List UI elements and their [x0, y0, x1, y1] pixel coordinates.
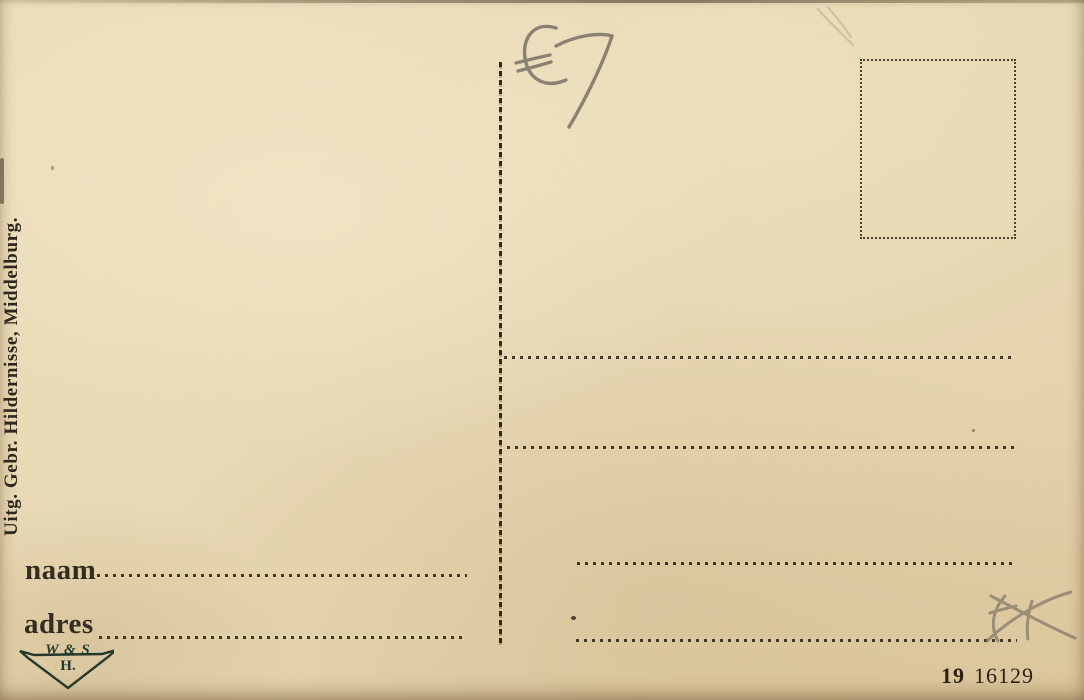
address-line-4: [576, 639, 1017, 642]
serial-digits: 16129: [974, 663, 1034, 688]
handwritten-price-euro7: [516, 26, 612, 127]
address-write-line: [99, 636, 467, 639]
address-line-1: [504, 356, 1015, 359]
address-line-2: [507, 446, 1015, 449]
publisher-imprint: Uitg. Gebr. Hildernisse, Middelburg.: [1, 188, 25, 536]
divider-line: [499, 62, 502, 645]
serial-series: 19: [941, 663, 965, 688]
paper-speck: [972, 429, 975, 432]
serial-number: 1916129: [941, 663, 1034, 689]
address-line-3: [577, 562, 1017, 565]
address-label: adres: [24, 610, 94, 639]
logo-text-bottom: H.: [28, 659, 108, 674]
faint-scribble: [818, 7, 853, 45]
logo-text-top: W & S: [28, 643, 108, 658]
paper-speck: [571, 616, 576, 620]
card-top-edge: [0, 0, 1084, 3]
name-label: naam: [25, 556, 96, 585]
stamp-box: [860, 59, 1016, 239]
name-write-line: [97, 574, 467, 577]
printer-logo: W & S H.: [14, 640, 114, 692]
crossed-out-price: [987, 592, 1075, 641]
paper-speck: [51, 166, 54, 170]
postcard-back: Uitg. Gebr. Hildernisse, Middelburg. naa…: [0, 0, 1084, 700]
